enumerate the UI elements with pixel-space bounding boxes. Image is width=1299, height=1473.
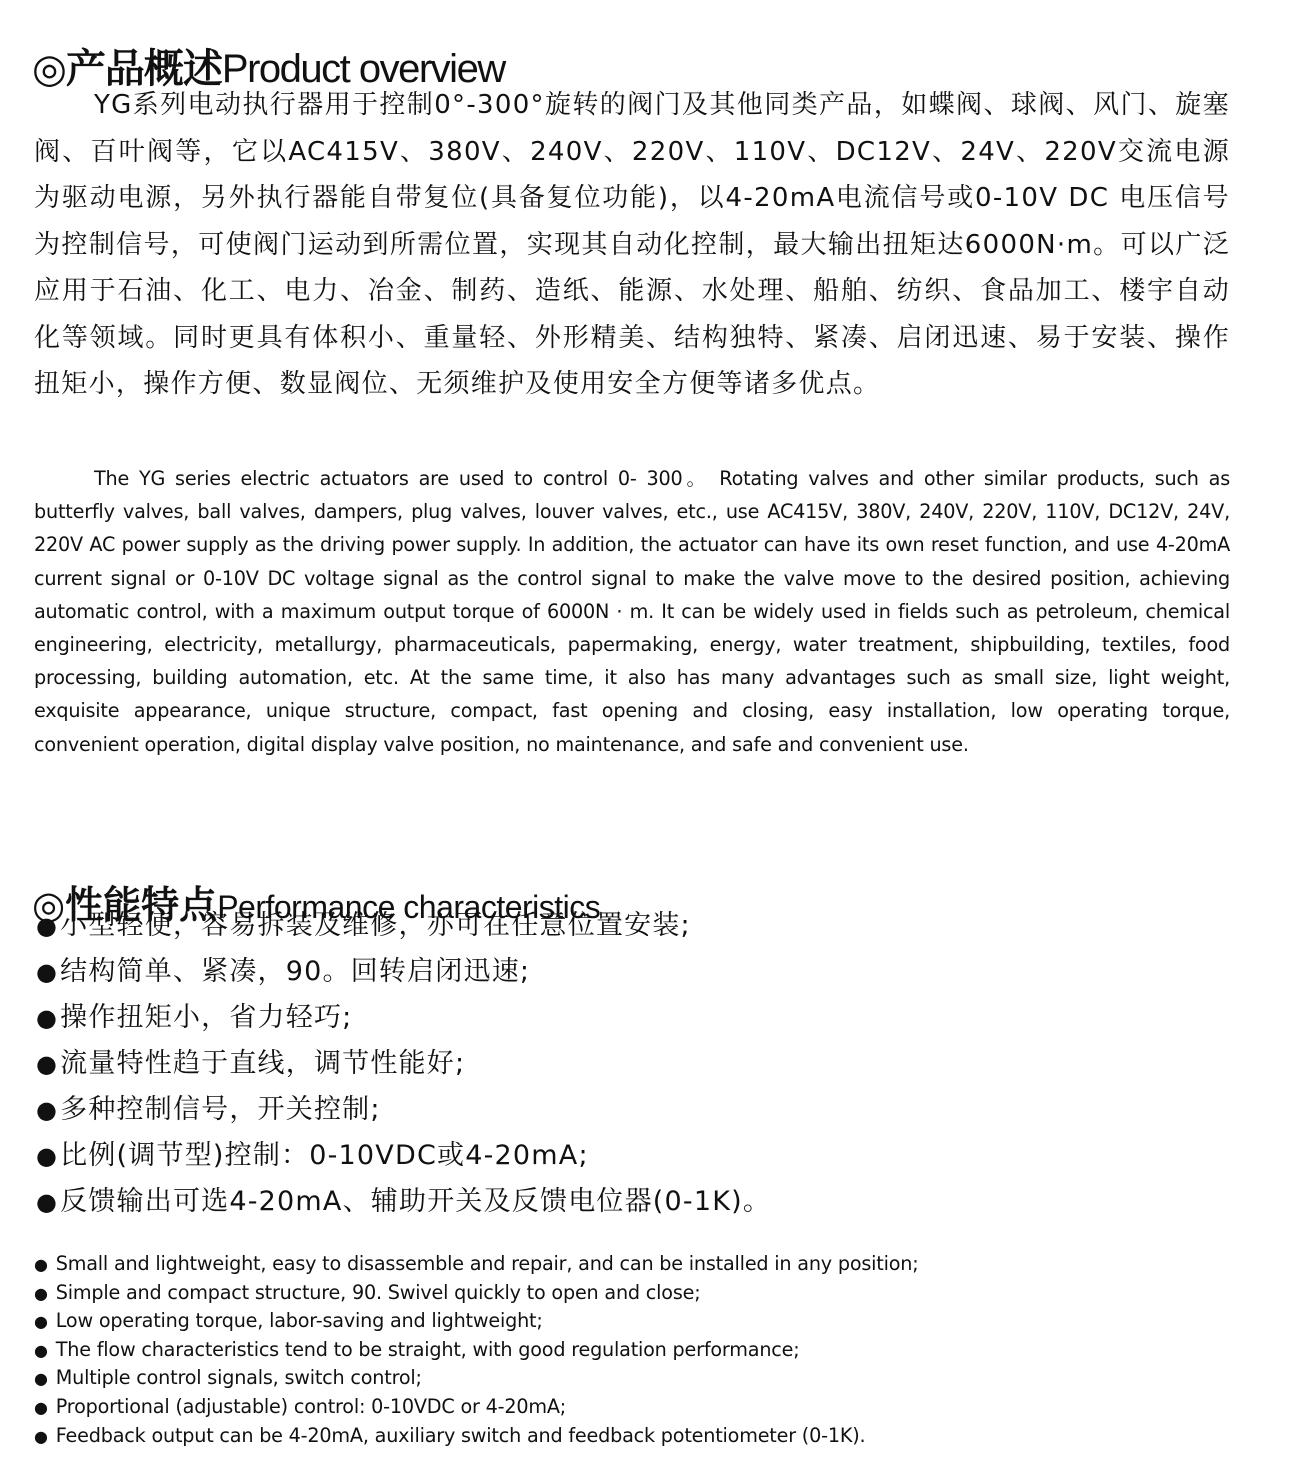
bullet-icon: ● [34,1398,48,1417]
list-item-text: Small and lightweight, easy to disassemb… [56,1252,919,1275]
list-item: ●反馈输出可选4-20mA、辅助开关及反馈电位器(0-1K)。 [36,1179,771,1225]
list-item: ●流量特性趋于直线，调节性能好; [36,1041,771,1087]
bullet-icon: ● [34,1284,48,1303]
list-item: ●小型轻便，容易拆装及维修，亦可在任意位置安装; [36,903,771,949]
list-item: ●操作扭矩小，省力轻巧; [36,995,771,1041]
bullet-icon: ● [34,1255,48,1274]
overview-paragraph-cn: YG系列电动执行器用于控制0°-300°旋转的阀门及其他同类产品，如蝶阀、球阀、… [34,82,1230,408]
list-item: ●结构简单、紧凑，90。回转启闭迅速; [36,949,771,995]
bullet-icon: ● [36,912,58,940]
list-item-text: Low operating torque, labor-saving and l… [56,1309,543,1332]
bullet-icon: ● [36,1004,58,1032]
list-item: ●The flow characteristics tend to be str… [34,1336,919,1365]
list-item-text: Proportional (adjustable) control: 0-10V… [56,1395,566,1418]
list-item-text: Simple and compact structure, 90. Swivel… [56,1281,701,1304]
list-item-text: 操作扭矩小，省力轻巧; [60,1002,352,1033]
bullet-icon: ● [34,1341,48,1360]
list-item: ●多种控制信号，开关控制; [36,1087,771,1133]
bullet-icon: ● [36,1188,58,1216]
bullet-icon: ● [34,1427,48,1446]
performance-list-cn: ●小型轻便，容易拆装及维修，亦可在任意位置安装; ●结构简单、紧凑，90。回转启… [36,903,771,1225]
list-item-text: Multiple control signals, switch control… [56,1366,422,1389]
bullet-icon: ● [36,1142,58,1170]
list-item-text: 小型轻便，容易拆装及维修，亦可在任意位置安装; [60,910,691,941]
list-item: ●Proportional (adjustable) control: 0-10… [34,1393,919,1422]
performance-list-en: ●Small and lightweight, easy to disassem… [34,1250,919,1450]
list-item-text: 比例(调节型)控制：0-10VDC或4-20mA; [60,1140,589,1171]
list-item-text: The flow characteristics tend to be stra… [56,1338,800,1361]
bullet-icon: ● [36,958,58,986]
overview-paragraph-en: The YG series electric actuators are use… [34,462,1230,761]
list-item-text: Feedback output can be 4-20mA, auxiliary… [56,1424,866,1447]
list-item: ●比例(调节型)控制：0-10VDC或4-20mA; [36,1133,771,1179]
bullet-icon: ● [34,1312,48,1331]
bullet-icon: ● [34,1369,48,1388]
list-item: ●Simple and compact structure, 90. Swive… [34,1279,919,1308]
bullet-icon: ● [36,1096,58,1124]
list-item: ●Multiple control signals, switch contro… [34,1364,919,1393]
list-item: ●Low operating torque, labor-saving and … [34,1307,919,1336]
list-item: ●Small and lightweight, easy to disassem… [34,1250,919,1279]
list-item-text: 多种控制信号，开关控制; [60,1094,381,1125]
list-item-text: 结构简单、紧凑，90。回转启闭迅速; [60,956,530,987]
bullet-icon: ● [36,1050,58,1078]
list-item-text: 流量特性趋于直线，调节性能好; [60,1048,465,1079]
list-item-text: 反馈输出可选4-20mA、辅助开关及反馈电位器(0-1K)。 [60,1186,771,1217]
list-item: ●Feedback output can be 4-20mA, auxiliar… [34,1422,919,1451]
